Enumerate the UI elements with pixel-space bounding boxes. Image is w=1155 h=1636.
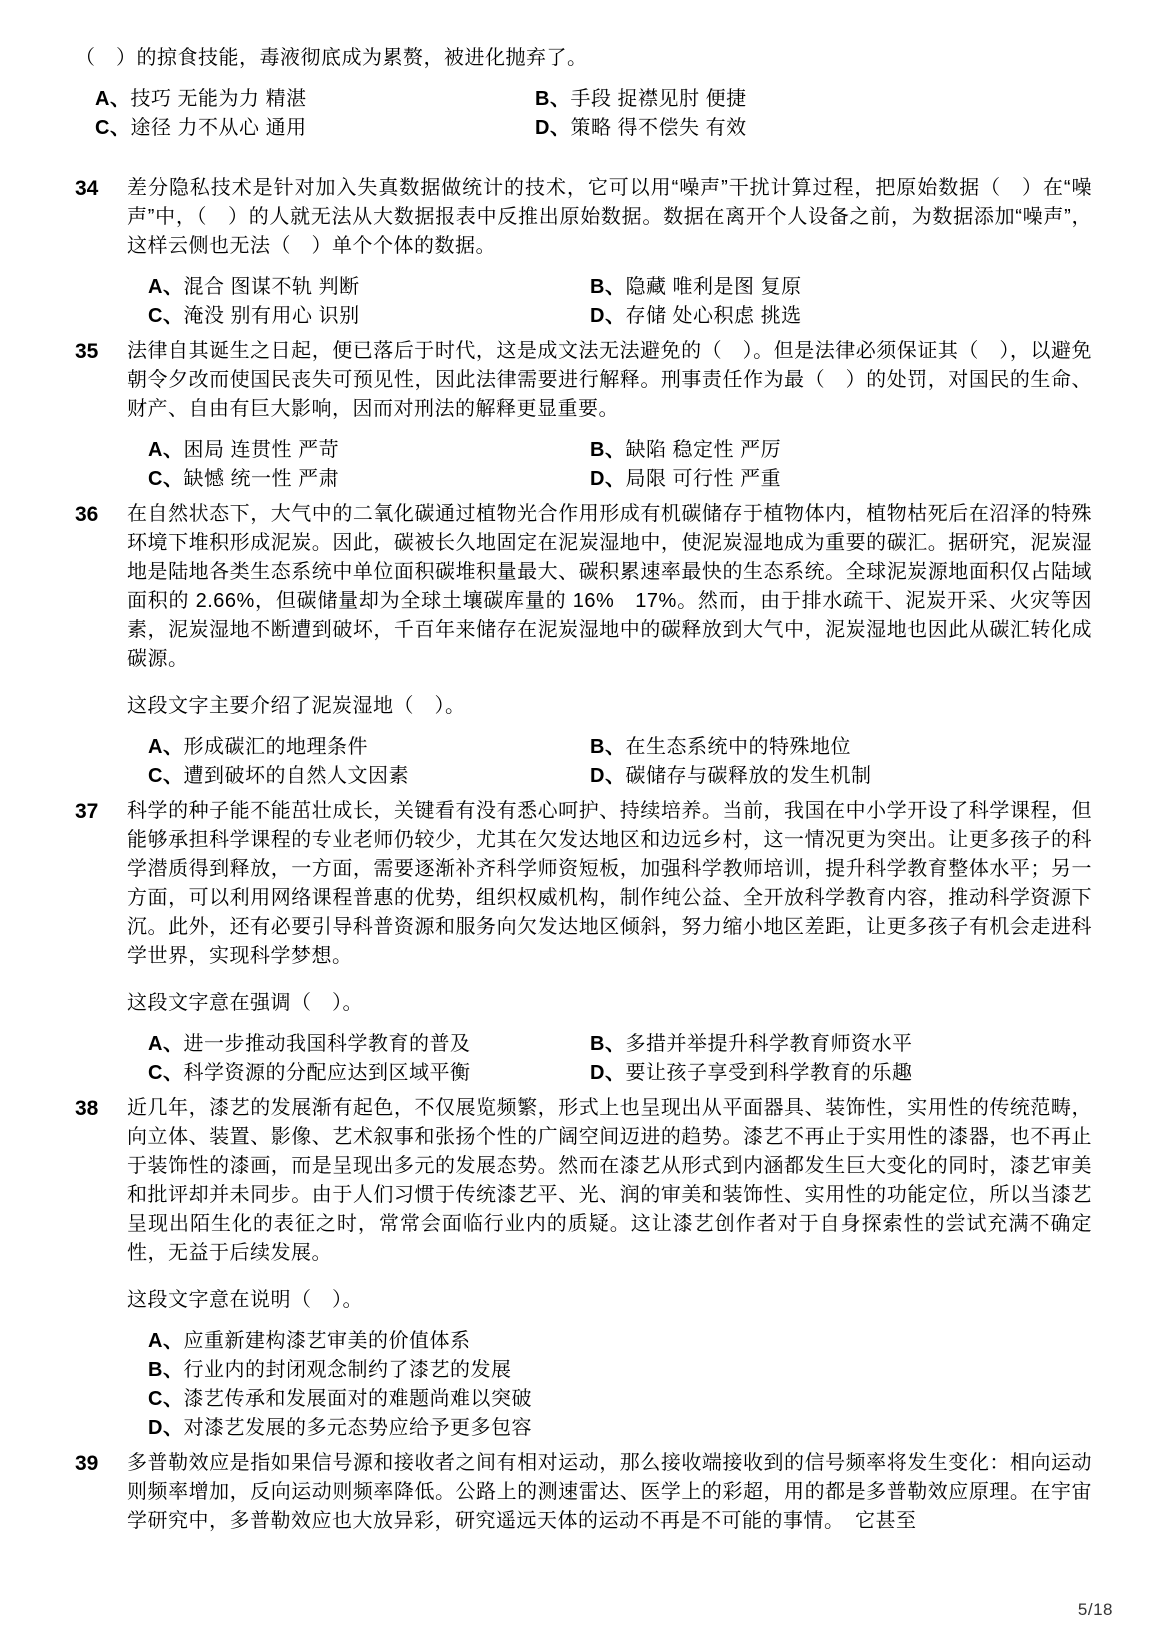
option-a: A、应重新建构漆艺审美的价值体系 — [148, 1327, 1092, 1356]
question-body: 在自然状态下，大气中的二氧化碳通过植物光合作用形成有机碳储存于植物体内，植物枯死… — [127, 500, 1092, 674]
option-text: 应重新建构漆艺审美的价值体系 — [183, 1330, 470, 1352]
option-text: 隐藏 唯利是图 复原 — [625, 276, 801, 298]
option-text: 碳储存与碳释放的发生机制 — [625, 765, 871, 787]
option-d: D、对漆艺发展的多元态势应给予更多包容 — [148, 1414, 1092, 1443]
option-text: 多措并举提升科学教育师资水平 — [625, 1033, 912, 1055]
question-body: 科学的种子能不能茁壮成长，关键看有没有悉心呵护、持续培养。当前，我国在中小学开设… — [127, 797, 1092, 971]
option-d: D、策略 得不偿失 有效 — [535, 114, 1092, 143]
option-c: C、科学资源的分配应达到区域平衡 — [148, 1059, 590, 1088]
option-text: 困局 连贯性 严苛 — [183, 439, 339, 461]
option-a: A、形成碳汇的地理条件 — [148, 733, 590, 762]
question-number: 36 — [75, 500, 98, 529]
option-d: D、要让孩子享受到科学教育的乐趣 — [590, 1059, 1092, 1088]
option-text: 策略 得不偿失 有效 — [570, 117, 746, 139]
option-label: D、 — [590, 765, 625, 787]
option-label: A、 — [148, 276, 183, 298]
option-text: 局限 可行性 严重 — [625, 468, 781, 490]
option-label: A、 — [95, 88, 130, 110]
option-text: 淹没 别有用心 识别 — [183, 305, 359, 327]
option-label: C、 — [148, 305, 183, 327]
option-label: A、 — [148, 1330, 183, 1352]
question-stem: 这段文字主要介绍了泥炭湿地（ ）。 — [127, 692, 1092, 721]
options-grid: A、技巧 无能为力 精湛 B、手段 捉襟见肘 便捷 C、途径 力不从心 通用 D… — [95, 85, 1092, 143]
option-label: B、 — [590, 1033, 625, 1055]
option-a: A、进一步推动我国科学教育的普及 — [148, 1030, 590, 1059]
option-c: C、漆艺传承和发展面对的难题尚难以突破 — [148, 1385, 1092, 1414]
question-body: 多普勒效应是指如果信号源和接收者之间有相对运动，那么接收端接收到的信号频率将发生… — [127, 1449, 1092, 1536]
option-label: B、 — [148, 1359, 183, 1381]
page-number: 5/18 — [1078, 1600, 1113, 1620]
options-grid: A、进一步推动我国科学教育的普及 B、多措并举提升科学教育师资水平 C、科学资源… — [148, 1030, 1092, 1088]
option-label: B、 — [590, 736, 625, 758]
option-label: B、 — [590, 439, 625, 461]
question-body: 近几年，漆艺的发展渐有起色，不仅展览频繁，形式上也呈现出从平面器具、装饰性，实用… — [127, 1094, 1092, 1268]
options-grid: A、形成碳汇的地理条件 B、在生态系统中的特殊地位 C、遭到破坏的自然人文因素 … — [148, 733, 1092, 791]
option-label: D、 — [535, 117, 570, 139]
option-text: 行业内的封闭观念制约了漆艺的发展 — [183, 1359, 511, 1381]
question-38: 38 近几年，漆艺的发展渐有起色，不仅展览频繁，形式上也呈现出从平面器具、装饰性… — [127, 1094, 1092, 1443]
option-label: D、 — [590, 305, 625, 327]
option-label: A、 — [148, 1033, 183, 1055]
option-text: 遭到破坏的自然人文因素 — [183, 765, 409, 787]
option-text: 在生态系统中的特殊地位 — [625, 736, 851, 758]
option-text: 要让孩子享受到科学教育的乐趣 — [625, 1062, 912, 1084]
option-text: 对漆艺发展的多元态势应给予更多包容 — [183, 1417, 532, 1439]
question-stem: 这段文字意在说明（ ）。 — [127, 1286, 1092, 1315]
exam-page: （ ）的掠食技能，毒液彻底成为累赘，被进化抛弃了。 A、技巧 无能为力 精湛 B… — [0, 0, 1155, 1636]
question-number: 37 — [75, 797, 98, 826]
option-c: C、遭到破坏的自然人文因素 — [148, 762, 590, 791]
option-text: 缺陷 稳定性 严厉 — [625, 439, 781, 461]
option-b: B、行业内的封闭观念制约了漆艺的发展 — [148, 1356, 1092, 1385]
question-36: 36 在自然状态下，大气中的二氧化碳通过植物光合作用形成有机碳储存于植物体内，植… — [127, 500, 1092, 791]
question-body: （ ）的掠食技能，毒液彻底成为累赘，被进化抛弃了。 — [75, 44, 1092, 73]
option-text: 形成碳汇的地理条件 — [183, 736, 368, 758]
question-number: 35 — [75, 337, 98, 366]
option-d: D、碳储存与碳释放的发生机制 — [590, 762, 1092, 791]
option-b: B、多措并举提升科学教育师资水平 — [590, 1030, 1092, 1059]
option-text: 进一步推动我国科学教育的普及 — [183, 1033, 470, 1055]
question-39: 39 多普勒效应是指如果信号源和接收者之间有相对运动，那么接收端接收到的信号频率… — [127, 1449, 1092, 1536]
question-34: 34 差分隐私技术是针对加入失真数据做统计的技术，它可以用“噪声”干扰计算过程，… — [127, 174, 1092, 331]
question-body: 法律自其诞生之日起，便已落后于时代，这是成文法无法避免的（ ）。但是法律必须保证… — [127, 337, 1092, 424]
option-b: B、在生态系统中的特殊地位 — [590, 733, 1092, 762]
option-label: B、 — [590, 276, 625, 298]
option-b: B、手段 捉襟见肘 便捷 — [535, 85, 1092, 114]
question-number: 38 — [75, 1094, 98, 1123]
option-text: 混合 图谋不轨 判断 — [183, 276, 359, 298]
option-text: 途径 力不从心 通用 — [130, 117, 306, 139]
question-number: 39 — [75, 1449, 98, 1478]
option-label: C、 — [148, 1388, 183, 1410]
option-c: C、途径 力不从心 通用 — [95, 114, 535, 143]
option-label: C、 — [148, 1062, 183, 1084]
option-a: A、混合 图谋不轨 判断 — [148, 273, 590, 302]
option-a: A、困局 连贯性 严苛 — [148, 436, 590, 465]
option-text: 手段 捉襟见肘 便捷 — [570, 88, 746, 110]
option-text: 存储 处心积虑 挑选 — [625, 305, 801, 327]
option-text: 缺憾 统一性 严肃 — [183, 468, 339, 490]
option-label: C、 — [95, 117, 130, 139]
option-label: D、 — [148, 1417, 183, 1439]
question-33-continuation: （ ）的掠食技能，毒液彻底成为累赘，被进化抛弃了。 A、技巧 无能为力 精湛 B… — [75, 44, 1092, 143]
question-35: 35 法律自其诞生之日起，便已落后于时代，这是成文法无法避免的（ ）。但是法律必… — [127, 337, 1092, 494]
question-body: 差分隐私技术是针对加入失真数据做统计的技术，它可以用“噪声”干扰计算过程，把原始… — [127, 174, 1092, 261]
option-a: A、技巧 无能为力 精湛 — [95, 85, 535, 114]
option-text: 科学资源的分配应达到区域平衡 — [183, 1062, 470, 1084]
question-number: 34 — [75, 174, 98, 203]
option-b: B、隐藏 唯利是图 复原 — [590, 273, 1092, 302]
option-label: D、 — [590, 1062, 625, 1084]
option-label: A、 — [148, 439, 183, 461]
question-37: 37 科学的种子能不能茁壮成长，关键看有没有悉心呵护、持续培养。当前，我国在中小… — [127, 797, 1092, 1088]
option-text: 技巧 无能为力 精湛 — [130, 88, 306, 110]
options-grid: A、困局 连贯性 严苛 B、缺陷 稳定性 严厉 C、缺憾 统一性 严肃 D、局限… — [148, 436, 1092, 494]
option-c: C、缺憾 统一性 严肃 — [148, 465, 590, 494]
option-label: C、 — [148, 765, 183, 787]
options-grid: A、混合 图谋不轨 判断 B、隐藏 唯利是图 复原 C、淹没 别有用心 识别 D… — [148, 273, 1092, 331]
option-label: B、 — [535, 88, 570, 110]
option-label: A、 — [148, 736, 183, 758]
option-d: D、局限 可行性 严重 — [590, 465, 1092, 494]
option-label: C、 — [148, 468, 183, 490]
question-stem: 这段文字意在强调（ ）。 — [127, 989, 1092, 1018]
option-d: D、存储 处心积虑 挑选 — [590, 302, 1092, 331]
option-text: 漆艺传承和发展面对的难题尚难以突破 — [183, 1388, 532, 1410]
option-label: D、 — [590, 468, 625, 490]
option-b: B、缺陷 稳定性 严厉 — [590, 436, 1092, 465]
options-list: A、应重新建构漆艺审美的价值体系 B、行业内的封闭观念制约了漆艺的发展 C、漆艺… — [148, 1327, 1092, 1443]
option-c: C、淹没 别有用心 识别 — [148, 302, 590, 331]
